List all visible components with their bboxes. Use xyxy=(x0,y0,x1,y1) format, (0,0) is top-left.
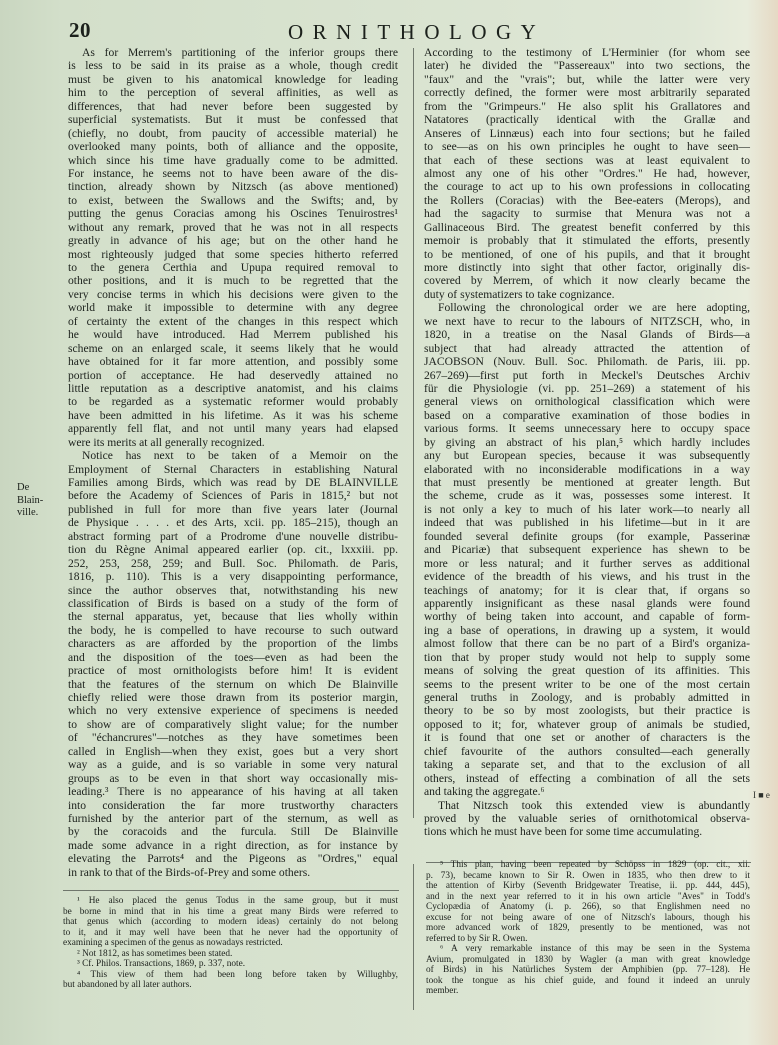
running-head: ORNITHOLOGY xyxy=(288,20,545,45)
margin-note-line: Blain- xyxy=(17,495,43,508)
text-line: tion that by proper study would not help… xyxy=(424,651,750,664)
page-number: 20 xyxy=(69,18,91,43)
text-line: teachings of anatomy; for it is clear th… xyxy=(424,584,750,597)
text-line: superficial systematists. But it must be… xyxy=(68,113,398,126)
text-line: general views on ornithological classifi… xyxy=(424,395,750,408)
text-line: and taking the aggregate.⁶ xyxy=(424,785,750,798)
text-line: (chiefly, no doubt, from paucity of acce… xyxy=(68,127,398,140)
text-line: little reputation as a descriptive anato… xyxy=(68,382,398,395)
text-line: correctly defined, the former were most … xyxy=(424,86,750,99)
text-line: to be regarded as a systematic reformer … xyxy=(68,395,398,408)
text-line: must be given to his anatomical knowledg… xyxy=(68,73,398,86)
text-line: overlooked many points, both of alliance… xyxy=(68,140,398,153)
text-line: apparently fell flat, and not until many… xyxy=(68,422,398,435)
footnote-line: but abandoned by all later authors. xyxy=(63,980,398,991)
text-line: made some advance in a right direction, … xyxy=(68,839,398,852)
text-line: scheme on an enlarged scale, it seems li… xyxy=(68,342,398,355)
footnote-rule-left xyxy=(63,890,399,891)
footnote-line: p. 73), became known to Sir R. Owen in 1… xyxy=(426,871,750,882)
text-line: means of solving the great question of i… xyxy=(424,664,750,677)
text-line: which no very extensive experience of sp… xyxy=(68,704,398,717)
margin-note-line: De xyxy=(17,482,43,495)
text-line: According to the testimony of L'Herminie… xyxy=(424,46,750,59)
text-line: für die Physiologie (vi. pp. 251–269) a … xyxy=(424,382,750,395)
text-line: to see—as on his own principles he ought… xyxy=(424,140,750,153)
footnote-line: referred to by Sir R. Owen. xyxy=(426,934,750,945)
text-line: which since his time have gradually come… xyxy=(68,154,398,167)
text-line: tions which he must have been for some t… xyxy=(424,825,750,838)
text-line: the scheme, crude as it was, possesses s… xyxy=(424,489,750,502)
text-line: covered by Merrem, of which it now clear… xyxy=(424,274,750,287)
text-line: taking a separate set, and that to the e… xyxy=(424,758,750,771)
text-line: Natatores (practically identical with th… xyxy=(424,113,750,126)
text-line: For instance, he seems not to have been … xyxy=(68,167,398,180)
text-line: evidence of the breadth of his views, an… xyxy=(424,570,750,583)
text-line: 1820, in a treatise on the Nasal Glands … xyxy=(424,328,750,341)
right-column: According to the testimony of L'Herminie… xyxy=(424,46,750,839)
text-line: of certainty the extent of the changes i… xyxy=(68,315,398,328)
text-line: classification of Birds is based on a st… xyxy=(68,597,398,610)
footnote-line: ³ Cf. Philos. Transactions, 1869, p. 337… xyxy=(63,959,398,970)
text-line: to the genera Certhia and Upupa required… xyxy=(68,261,398,274)
footnote-line: excuse for not being aware of one of Nit… xyxy=(426,913,750,924)
text-line: to be mentioned, of one of his pupils, a… xyxy=(424,248,750,261)
text-line: worthy of being taken into account, and … xyxy=(424,610,750,623)
text-line: by giving an abstract of his plan,⁵ whic… xyxy=(424,436,750,449)
footnote-line: ⁶ A very remarkable instance of this may… xyxy=(426,944,750,955)
text-line: it is found that one set or another of c… xyxy=(424,731,750,744)
text-line: were its merits at all generally recogni… xyxy=(68,436,398,449)
text-line: elevating the Parrots⁴ and the Pigeons a… xyxy=(68,852,398,865)
text-line: without any remark, proved that he was n… xyxy=(68,221,398,234)
text-line: since the author observes that, notwiths… xyxy=(68,584,398,597)
text-line: to exist, between the Swallows and the S… xyxy=(68,194,398,207)
text-line: leading.³ There is no appearance of his … xyxy=(68,785,398,798)
text-line: theory to be so by most zoologists, but … xyxy=(424,704,750,717)
text-line: had the sagacity to surmise that Menura … xyxy=(424,207,750,220)
text-line: various forms. It seems unnecessary here… xyxy=(424,422,750,435)
text-line: characters as are afforded by the propor… xyxy=(68,637,398,650)
footnotes-right: ⁵ This plan, having been repeated by Sch… xyxy=(426,860,750,997)
text-line: he would have introduced. Had Merrem pub… xyxy=(68,328,398,341)
text-line: the sternal apparatus, yet, because that… xyxy=(68,610,398,623)
text-line: As for Merrem's partitioning of the infe… xyxy=(68,46,398,59)
text-line: duty of systematizers to take cognizance… xyxy=(424,288,750,301)
footnote-line: and in the next year referred to it in h… xyxy=(426,892,750,903)
text-line: 252, 253, 258, 259; and Bull. Soc. Philo… xyxy=(68,557,398,570)
text-line: seems to the present writer to be one of… xyxy=(424,678,750,691)
footnote-line: member. xyxy=(426,986,750,997)
margin-note-line: ville. xyxy=(17,507,43,520)
book-page: 20 ORNITHOLOGY De Blain- ville. As for M… xyxy=(0,0,778,1045)
text-line: portion of acceptance. He had deservedly… xyxy=(68,369,398,382)
text-line: furnished by the anterior part of the st… xyxy=(68,812,398,825)
text-line: from the "Grimpeurs." He also split his … xyxy=(424,100,750,113)
text-line: that the features of the sternum on whic… xyxy=(68,678,398,691)
text-line: and the disposition of the toes—even as … xyxy=(68,651,398,664)
footnote-line: the attention of Kirby (Seventh Bridgewa… xyxy=(426,881,750,892)
footnote-line: of Birds) in his Natürliches System der … xyxy=(426,965,750,976)
text-line: called in English—when they exist, goes … xyxy=(68,745,398,758)
left-column: As for Merrem's partitioning of the infe… xyxy=(68,46,398,879)
text-line: Anseres of Linnæus) each into four secti… xyxy=(424,127,750,140)
text-line: in rank to that of the Birds-of-Prey and… xyxy=(68,866,398,879)
footnote-line: to it, and it may well have been that he… xyxy=(63,928,398,939)
text-line: de Physique . . . . et des Arts, xcii. p… xyxy=(68,516,398,529)
text-line: before the Academy of Sciences of Paris … xyxy=(68,489,398,502)
footnote-line: more advanced work of 1829, presently to… xyxy=(426,923,750,934)
text-line: based on a comparative examination of th… xyxy=(424,409,750,422)
text-line: Gallinaceous Bird. The greatest benefit … xyxy=(424,221,750,234)
text-line: published in full for more than five yea… xyxy=(68,503,398,516)
text-line: him to the perception of several affinit… xyxy=(68,86,398,99)
edge-mark: I ■ e xyxy=(753,790,770,800)
footnote-line: took the tongue as his chief guide, and … xyxy=(426,976,750,987)
text-line: differences, that had never before been … xyxy=(68,100,398,113)
text-line: tinction, already shown by Nitzsch (as a… xyxy=(68,180,398,193)
text-line: Families among Birds, which was read by … xyxy=(68,476,398,489)
text-line: that must presently be mentioned at grea… xyxy=(424,476,750,489)
text-line: ing a base of operations, in drawing up … xyxy=(424,624,750,637)
text-line: That Nitzsch took this extended view is … xyxy=(424,799,750,812)
text-line: groups as to be even in that short way o… xyxy=(68,772,398,785)
text-line: the Rollers (Coracias) with the Bee-eate… xyxy=(424,194,750,207)
text-line: greatly in advance of his age; but on th… xyxy=(68,234,398,247)
text-line: have obtained for it far more attention,… xyxy=(68,355,398,368)
text-line: almost follow that there can be no part … xyxy=(424,637,750,650)
text-line: of "échancrures"—notches as they have so… xyxy=(68,731,398,744)
text-line: 267–269)—first put forth in Meckel's Deu… xyxy=(424,369,750,382)
margin-note: De Blain- ville. xyxy=(17,482,43,520)
text-line: general truths in Zoology, and is probab… xyxy=(424,691,750,704)
text-line: opposed to it; for, whatever group of an… xyxy=(424,718,750,731)
footnote-line: ² Not 1812, as has sometimes been stated… xyxy=(63,949,398,960)
footnote-line: be borne in mind that in his time a grea… xyxy=(63,907,398,918)
text-line: very concise terms in which his decision… xyxy=(68,288,398,301)
text-line: any but European species, because it was… xyxy=(424,449,750,462)
text-line: by the coracoids and the furcula. Still … xyxy=(68,825,398,838)
text-line: Following the chronological order we are… xyxy=(424,301,750,314)
text-line: "faux" and the "vrais"; but, while the l… xyxy=(424,73,750,86)
text-line: that each of these sections was at least… xyxy=(424,154,750,167)
footnote-line: Avium, promulgated in 1830 by Wagler (a … xyxy=(426,955,750,966)
footnote-line: ¹ He also placed the genus Todus in the … xyxy=(63,896,398,907)
text-line: other positions, and it is much to be re… xyxy=(68,274,398,287)
text-line: the courage to act up to his own profess… xyxy=(424,180,750,193)
footnote-line: Cyclopædia of Anatomy (i. p. 266), so th… xyxy=(426,902,750,913)
text-line: later) he divided the "Passereaux" into … xyxy=(424,59,750,72)
text-line: Notice has next to be taken of a Memoir … xyxy=(68,449,398,462)
text-line: to show are of comparatively slight valu… xyxy=(68,718,398,731)
text-line: subject that had already attracted the a… xyxy=(424,342,750,355)
text-line: others, instead of effecting a combinati… xyxy=(424,772,750,785)
text-line: putting the genus Coracias among his Osc… xyxy=(68,207,398,220)
text-line: have been admitted in his lifetime. As i… xyxy=(68,409,398,422)
column-divider xyxy=(413,48,414,818)
text-line: tion du Règne Animal appeared earlier (o… xyxy=(68,543,398,556)
text-line: more or less natural; and it further ser… xyxy=(424,557,750,570)
text-line: chiefly relied were those drawn from its… xyxy=(68,691,398,704)
text-line: apparently insignificant as these nasal … xyxy=(424,597,750,610)
footnotes-left: ¹ He also placed the genus Todus in the … xyxy=(63,896,398,991)
text-line: way as a guide, and is so variable in so… xyxy=(68,758,398,771)
text-line: memoir is probably that it stimulated th… xyxy=(424,234,750,247)
text-line: practice of most ornithologists before h… xyxy=(68,664,398,677)
text-line: almost any one of his other "Ordres." He… xyxy=(424,167,750,180)
text-line: indeed that was published in his lifetim… xyxy=(424,516,750,529)
text-line: proved by the valuable series of ornitho… xyxy=(424,812,750,825)
text-line: most righteously judged that some specie… xyxy=(68,248,398,261)
text-line: Employment of Sternal Characters in esta… xyxy=(68,463,398,476)
column-divider-footnotes xyxy=(413,864,414,1010)
footnote-line: ⁵ This plan, having been repeated by Sch… xyxy=(426,860,750,871)
footnote-line: examining a specimen of the genus as now… xyxy=(63,938,398,949)
text-line: founded several definite groups (for exa… xyxy=(424,530,750,543)
text-line: is not only a key to much of his later w… xyxy=(424,503,750,516)
text-line: the body, he is compelled to have recour… xyxy=(68,624,398,637)
text-line: JACOBSON (Nouv. Bull. Soc. Philomath. de… xyxy=(424,355,750,368)
text-line: 1816, p. 110). This is a very disappoint… xyxy=(68,570,398,583)
text-line: elaborated with no inconsiderable modifi… xyxy=(424,463,750,476)
text-line: more distinctly into sight that other fa… xyxy=(424,261,750,274)
text-line: into consideration the far more trustwor… xyxy=(68,799,398,812)
text-line: we next have to recur to the labours of … xyxy=(424,315,750,328)
text-line: is less to be said in its praise as a wh… xyxy=(68,59,398,72)
text-line: world make it impossible to determine wi… xyxy=(68,301,398,314)
footnote-line: that genus which (according to modern id… xyxy=(63,917,398,928)
text-line: abstract forming part of a Prodrome d'un… xyxy=(68,530,398,543)
footnote-line: ⁴ This view of them had been long before… xyxy=(63,970,398,981)
text-line: and Picariæ) that subsequent experience … xyxy=(424,543,750,556)
text-line: chief favourite of the authors consulted… xyxy=(424,745,750,758)
